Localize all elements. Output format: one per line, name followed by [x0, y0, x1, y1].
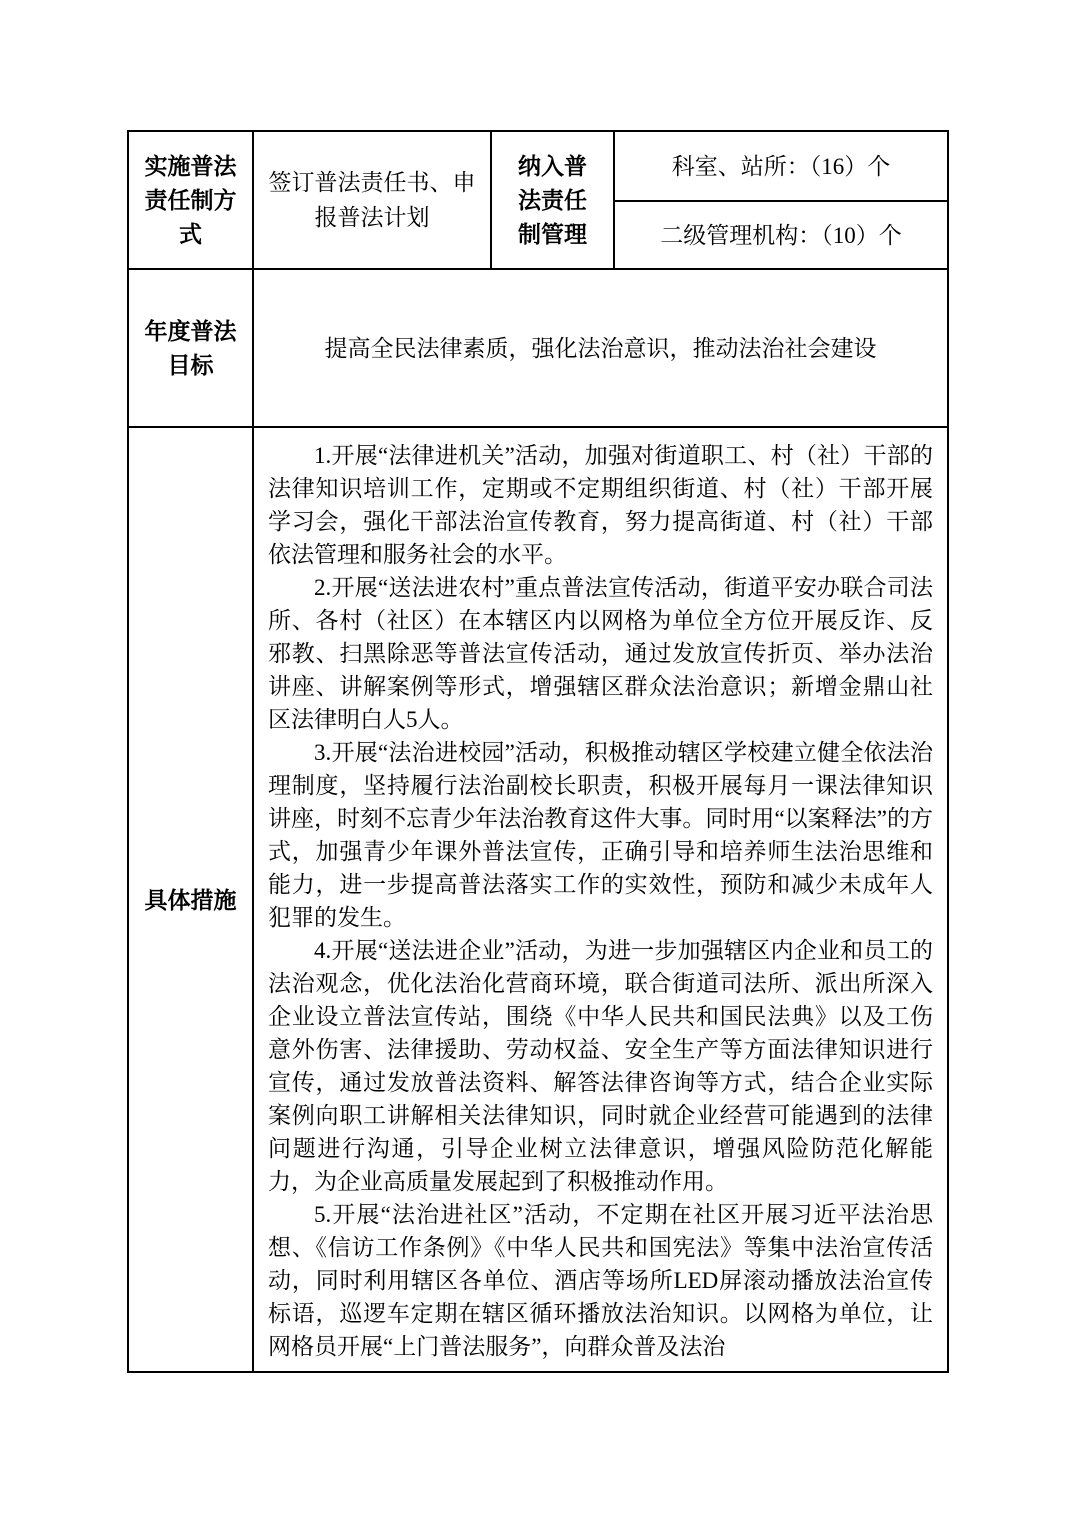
- law-popularization-table: 实施普法 责任制方 式 签订普法责任书、申 报普法计划 纳入普 法责任 制管理 …: [127, 130, 949, 1373]
- cell-inclusion-management-label: 纳入普 法责任 制管理: [491, 131, 614, 269]
- measure-paragraph-3: 3.开展“法治进校园”活动，积极推动辖区学校建立健全依法治理制度，坚持履行法治副…: [268, 736, 933, 934]
- cell-annual-goal-content: 提高全民法律素质，强化法治意识，推动法治社会建设: [253, 269, 948, 427]
- cell-secondary-orgs-count: 二级管理机构：（10）个: [614, 201, 948, 269]
- measure-paragraph-2: 2.开展“送法进农村”重点普法宣传活动，街道平安办联合司法所、各村（社区）在本辖…: [268, 571, 933, 736]
- table-row-responsibility-1: 实施普法 责任制方 式 签订普法责任书、申 报普法计划 纳入普 法责任 制管理 …: [128, 131, 948, 201]
- measure-paragraph-1: 1.开展“法律进机关”活动，加强对街道职工、村（社）干部的法律知识培训工作，定期…: [268, 439, 933, 571]
- cell-offices-count: 科室、站所：（16）个: [614, 131, 948, 201]
- cell-responsibility-method-value: 签订普法责任书、申 报普法计划: [253, 131, 491, 269]
- document-page: 实施普法 责任制方 式 签订普法责任书、申 报普法计划 纳入普 法责任 制管理 …: [0, 0, 1074, 1520]
- table-row-measures: 具体措施 1.开展“法律进机关”活动，加强对街道职工、村（社）干部的法律知识培训…: [128, 427, 948, 1372]
- cell-annual-goal-label: 年度普法 目标: [128, 269, 253, 427]
- measure-paragraph-4: 4.开展“送法进企业”活动，为进一步加强辖区内企业和员工的法治观念，优化法治化营…: [268, 934, 933, 1198]
- measure-paragraph-5: 5.开展“法治进社区”活动，不定期在社区开展习近平法治思想、《信访工作条例》《中…: [268, 1198, 933, 1363]
- cell-responsibility-method-label: 实施普法 责任制方 式: [128, 131, 253, 269]
- cell-measures-content: 1.开展“法律进机关”活动，加强对街道职工、村（社）干部的法律知识培训工作，定期…: [253, 427, 948, 1372]
- cell-measures-label: 具体措施: [128, 427, 253, 1372]
- table-row-annual-goal: 年度普法 目标 提高全民法律素质，强化法治意识，推动法治社会建设: [128, 269, 948, 427]
